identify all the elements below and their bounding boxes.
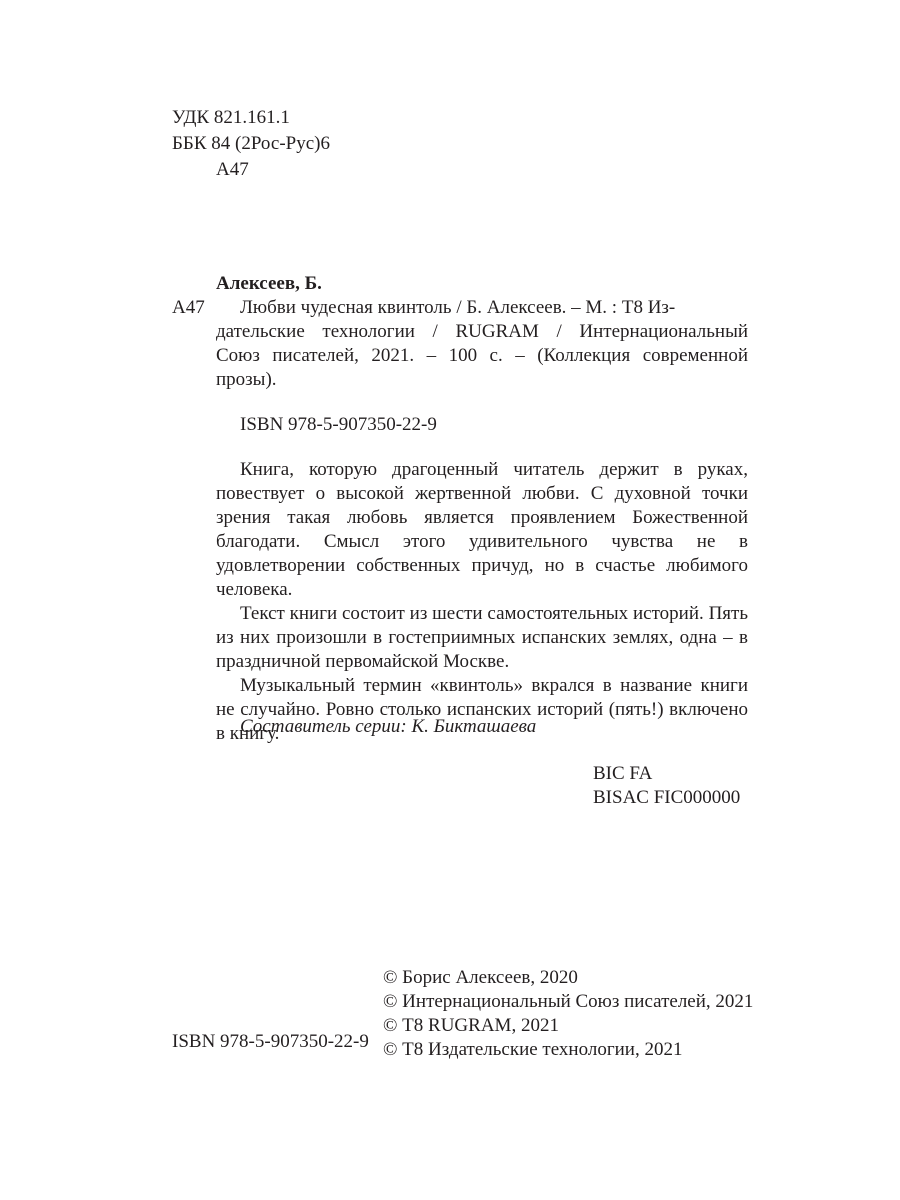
annotation-paragraph: Текст книги состоит из шести самостоятел… <box>216 602 748 674</box>
copyright-list: © Борис Алексеев, 2020 © Интернациональн… <box>383 966 753 1062</box>
bisac-code: BISAC FIC000000 <box>593 786 740 810</box>
udk-code: УДК 821.161.1 <box>172 106 290 130</box>
author-heading: Алексеев, Б. <box>216 272 322 296</box>
author-sign-side: А47 <box>172 296 205 320</box>
annotation-paragraph: Книга, которую драгоценный читатель держ… <box>216 458 748 602</box>
biblio-line: прозы). <box>216 368 748 392</box>
copyright-line: © Борис Алексеев, 2020 <box>383 966 753 990</box>
bbk-code: ББК 84 (2Рос-Рус)6 <box>172 132 330 156</box>
isbn-record: ISBN 978-5-907350-22-9 <box>240 413 437 437</box>
isbn-imprint: ISBN 978-5-907350-22-9 <box>172 1030 369 1054</box>
biblio-line: Любви чудесная квинтоль / Б. Алексеев. –… <box>216 296 748 320</box>
copyright-line: © Т8 Издательские технологии, 2021 <box>383 1038 753 1062</box>
copyright-line: © Т8 RUGRAM, 2021 <box>383 1014 753 1038</box>
biblio-line: Союз писателей, 2021. – 100 с. – (Коллек… <box>216 344 748 368</box>
series-compiler: Составитель серии: К. Бикташаева <box>240 715 536 739</box>
copyright-line: © Интернациональный Союз писателей, 2021 <box>383 990 753 1014</box>
bibliographic-description: Любви чудесная квинтоль / Б. Алексеев. –… <box>216 296 748 392</box>
bic-code: BIC FA <box>593 762 652 786</box>
annotation: Книга, которую драгоценный читатель держ… <box>216 458 748 746</box>
author-sign-top: А47 <box>216 158 249 182</box>
biblio-line: дательские технологии / RUGRAM / Интерна… <box>216 320 748 344</box>
